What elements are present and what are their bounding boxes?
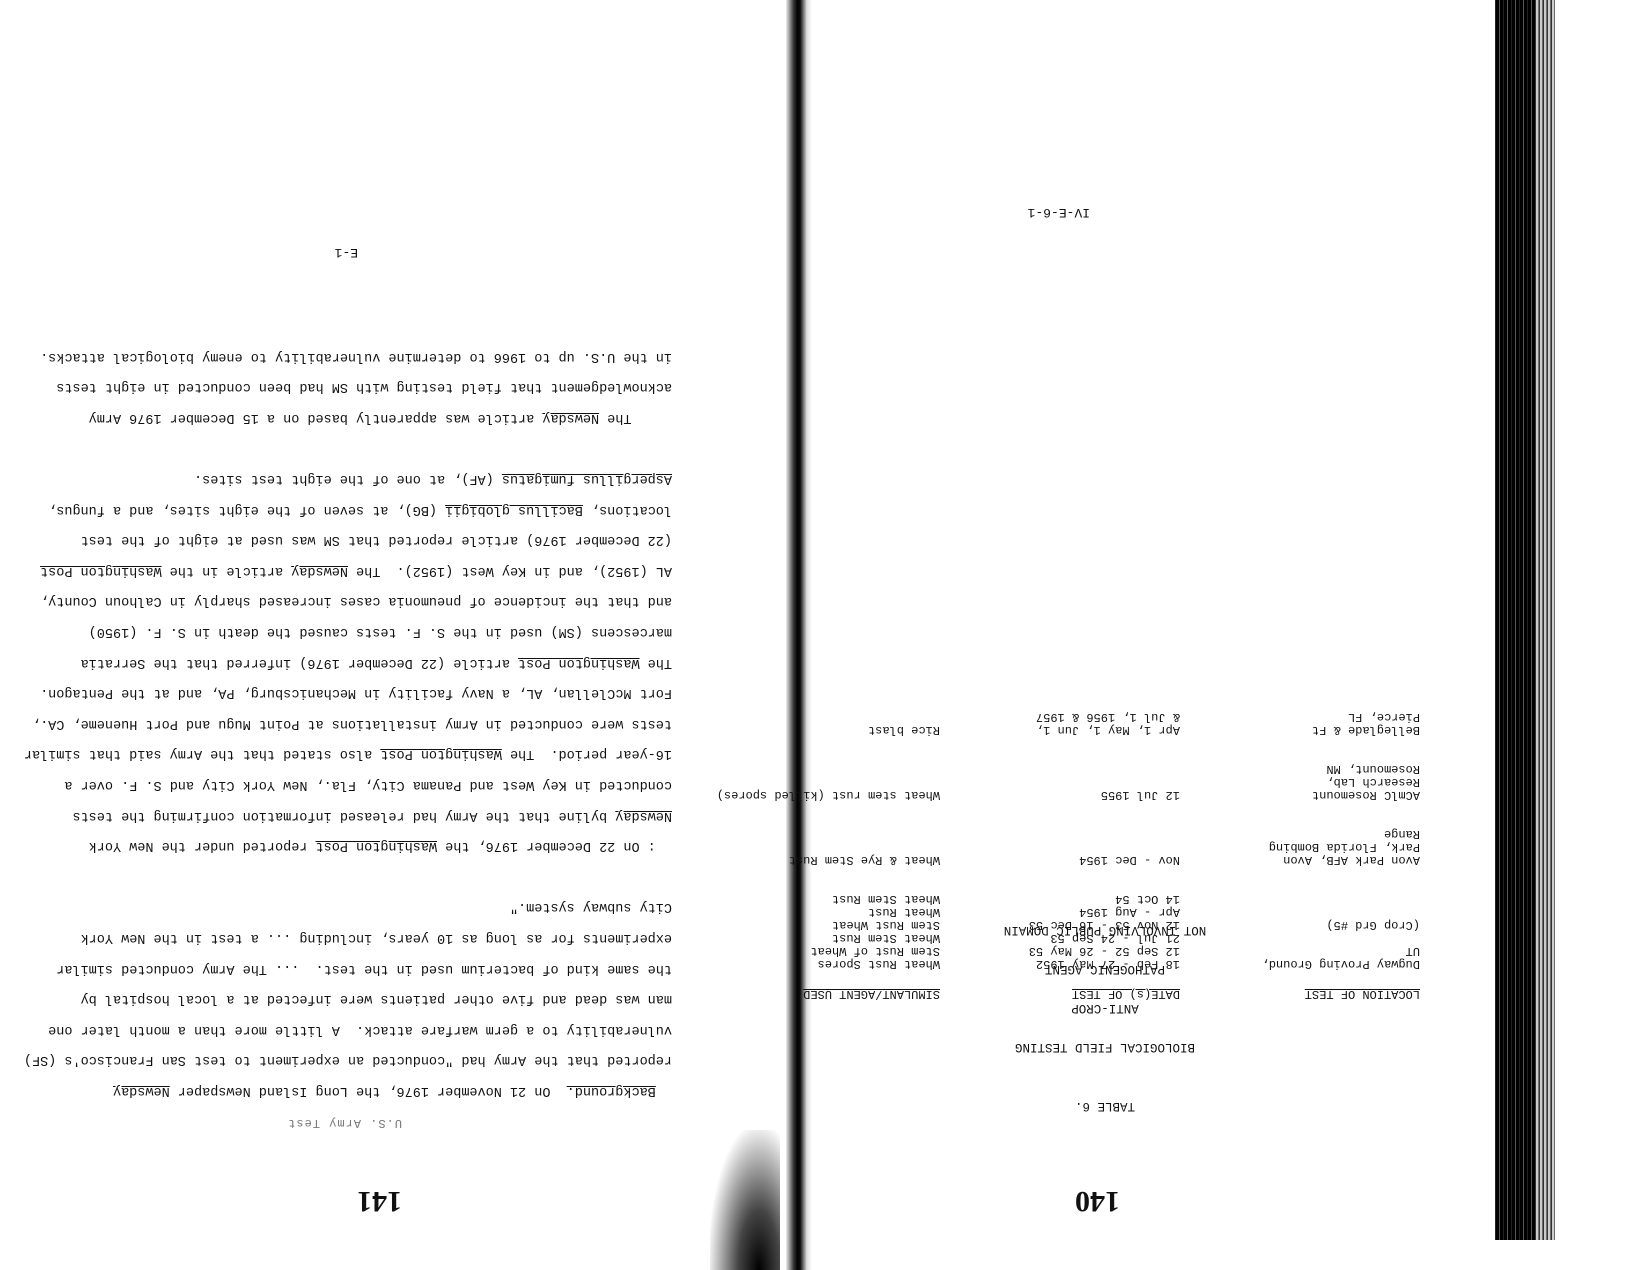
text-line: The Newsday article was apparently based… (32, 401, 672, 432)
cell-date (940, 775, 1180, 788)
text-line: City subway system." (32, 891, 672, 922)
cell-agent: Wheat Stem Rust (680, 892, 940, 905)
table-row: Avon Park AFB, AvonNov - Dec 1954Wheat &… (680, 853, 1420, 866)
underlined-title: Washington Post (380, 746, 502, 761)
cell-location: UT (1180, 944, 1420, 957)
table-row: Belleglade & FtApr 1, May 1, Jun 1,Rice … (680, 723, 1420, 736)
underlined-title: Washington Post (316, 838, 438, 853)
table-header: LOCATION OF TEST DATE(s) OF TEST SIMULAN… (680, 970, 1420, 1000)
cell-agent: Wheat Rust Spores (680, 957, 940, 970)
cell-location: Avon Park AFB, Avon (1180, 853, 1420, 866)
table-row: Research Lab, (680, 775, 1420, 788)
column-header-date: DATE(s) OF TEST (940, 987, 1180, 1000)
cell-agent: Stem Rust Wheat (680, 918, 940, 931)
cell-agent (680, 827, 940, 840)
text-line: vulnerability to a germ warfare attack. … (32, 1013, 672, 1044)
text-line: marcescens (SM) used in the S. F. tests … (32, 616, 672, 647)
cell-location: Rosemount, MN (1180, 762, 1420, 775)
table-row: Apr - Aug 1954Wheat Rust (680, 905, 1420, 918)
underlined-title: Aspergillus fumigatus (502, 471, 672, 486)
underlined-title: Washington Post (518, 655, 640, 670)
text-line: Background. On 21 November 1976, the Lon… (32, 1074, 672, 1105)
cell-location (1180, 905, 1420, 918)
cell-agent (680, 840, 940, 853)
page-footer: IV-E-6-1 (1028, 205, 1090, 220)
cell-date (940, 762, 1180, 775)
underlined-title: Bacillus globigii (445, 502, 583, 517)
text-line: Newsday byline that the Army had release… (32, 799, 672, 830)
text-line: in the U.S. up to 1966 to determine vuln… (32, 340, 672, 371)
page-number: 140 (1075, 1184, 1120, 1218)
body-text: Background. On 21 November 1976, the Lon… (32, 340, 672, 1105)
text-line: The Washington Post article (22 December… (32, 646, 672, 677)
cell-agent (680, 710, 940, 723)
faded-stamp: U.S. Army Test (287, 1116, 402, 1130)
cell-location: Research Lab, (1180, 775, 1420, 788)
cell-agent: Rice blast (680, 723, 940, 736)
page-number: 141 (357, 1184, 402, 1218)
text-line: (22 December 1976) article reported that… (32, 524, 672, 555)
page-edge-scan-artifact (1465, 0, 1650, 1270)
text-line: locations, Bacillus globigii (BG), at se… (32, 493, 672, 524)
underlined-title: Newsday (291, 563, 348, 578)
underlined-title: Washington Post (40, 563, 162, 578)
cell-date: Apr - Aug 1954 (940, 905, 1180, 918)
text-line: tests were conducted in Army installatio… (32, 707, 672, 738)
table-row: Dugway Proving Ground,18 Feb - 27 May 19… (680, 957, 1420, 970)
cell-date: 21 Jul - 24 Sep 53 (940, 931, 1180, 944)
cell-agent (680, 762, 940, 775)
text-line: reported that the Army had "conducted an… (32, 1044, 672, 1075)
table-row: Range (680, 827, 1420, 840)
cell-location: Dugway Proving Ground, (1180, 957, 1420, 970)
cell-date: Nov - Dec 1954 (940, 853, 1180, 866)
table-body: Dugway Proving Ground,18 Feb - 27 May 19… (680, 710, 1420, 970)
cell-agent (680, 775, 940, 788)
cell-location: Belleglade & Ft (1180, 723, 1420, 736)
cell-location: (Crop Grd #5) (1180, 918, 1420, 931)
text-line: conducted in Key West and Panama City, F… (32, 768, 672, 799)
edge-texture (1535, 0, 1555, 1240)
underlined-title: Background. (567, 1083, 656, 1098)
page-140: 140 TABLE 6. BIOLOGICAL FIELD TESTING AN… (690, 0, 1650, 1270)
cell-agent: Wheat & Rye Stem Rust (680, 853, 940, 866)
text-line: man was dead and five other patients wer… (32, 983, 672, 1014)
text-line: and that the incidence of pneumonia case… (32, 585, 672, 616)
cell-agent: Wheat Stem Rust (680, 931, 940, 944)
paragraph-gap (32, 432, 672, 463)
column-header-agent: SIMULANT/AGENT USED (680, 987, 940, 1000)
text-line: Fort McClellan, AL, a Navy facility in M… (32, 677, 672, 708)
text-line: the same kind of bacterium used in the t… (32, 952, 672, 983)
underlined-title: Newsday (542, 410, 599, 425)
table-row: 21 Jul - 24 Sep 53Wheat Stem Rust (680, 931, 1420, 944)
cell-date (940, 827, 1180, 840)
scanned-document-spread: 141 U.S. Army Test Background. On 21 Nov… (0, 0, 1650, 1270)
cell-agent: Stem Rust of Wheat (680, 944, 940, 957)
column-header-location: LOCATION OF TEST (1180, 987, 1420, 1000)
cell-location: Pierce, FL (1180, 710, 1420, 723)
table-title-line: ANTI-CROP (955, 1001, 1255, 1014)
table-row: Pierce, FL& Jul 1, 1956 & 1957 (680, 710, 1420, 723)
cell-agent: Wheat stem rust (killed spores) (680, 788, 940, 801)
field-testing-table: LOCATION OF TEST DATE(s) OF TEST SIMULAN… (680, 710, 1420, 1000)
paragraph-gap (32, 860, 672, 891)
text-line: Aspergillus fumigatus (AF), at one of th… (32, 463, 672, 494)
cell-date (940, 840, 1180, 853)
table-row: Rosemount, MN (680, 762, 1420, 775)
cell-location (1180, 892, 1420, 905)
underlined-title: Newsday (113, 1083, 170, 1098)
cell-date: 12 Jul 1955 (940, 788, 1180, 801)
cell-location (1180, 931, 1420, 944)
cell-location: ACmlC Rosemount (1180, 788, 1420, 801)
cell-date: & Jul 1, 1956 & 1957 (940, 710, 1180, 723)
text-line: 16-year period. The Washington Post also… (32, 738, 672, 769)
cell-date: 14 Oct 54 (940, 892, 1180, 905)
cell-date: Apr 1, May 1, Jun 1, (940, 723, 1180, 736)
table-row: Park, Florida Bombing (680, 840, 1420, 853)
cell-date: 12 Sep 52 - 26 May 53 (940, 944, 1180, 957)
table-row: 14 Oct 54Wheat Stem Rust (680, 892, 1420, 905)
table-row: UT12 Sep 52 - 26 May 53Stem Rust of Whea… (680, 944, 1420, 957)
underlined-title: Newsday (615, 808, 672, 823)
cell-location: Range (1180, 827, 1420, 840)
page-141: 141 U.S. Army Test Background. On 21 Nov… (0, 0, 680, 1270)
table-number: TABLE 6. (955, 1099, 1255, 1112)
text-line: AL (1952), and in Key West (1952). The N… (32, 554, 672, 585)
table-row: (Crop Grd #5)12 Nov 53 - 16 Dec 53Stem R… (680, 918, 1420, 931)
cell-date: 18 Feb - 27 May 1952 (940, 957, 1180, 970)
text-line: acknowledgement that field testing with … (32, 371, 672, 402)
cell-agent: Wheat Rust (680, 905, 940, 918)
page-footer: E-1 (335, 245, 358, 260)
cell-location: Park, Florida Bombing (1180, 840, 1420, 853)
cell-date: 12 Nov 53 - 16 Dec 53 (940, 918, 1180, 931)
table-title-line: BIOLOGICAL FIELD TESTING (955, 1040, 1255, 1053)
table-row: ACmlC Rosemount12 Jul 1955Wheat stem rus… (680, 788, 1420, 801)
text-line: : On 22 December 1976, the Washington Po… (32, 830, 672, 861)
text-line: experiments for as long as 10 years, inc… (32, 921, 672, 952)
